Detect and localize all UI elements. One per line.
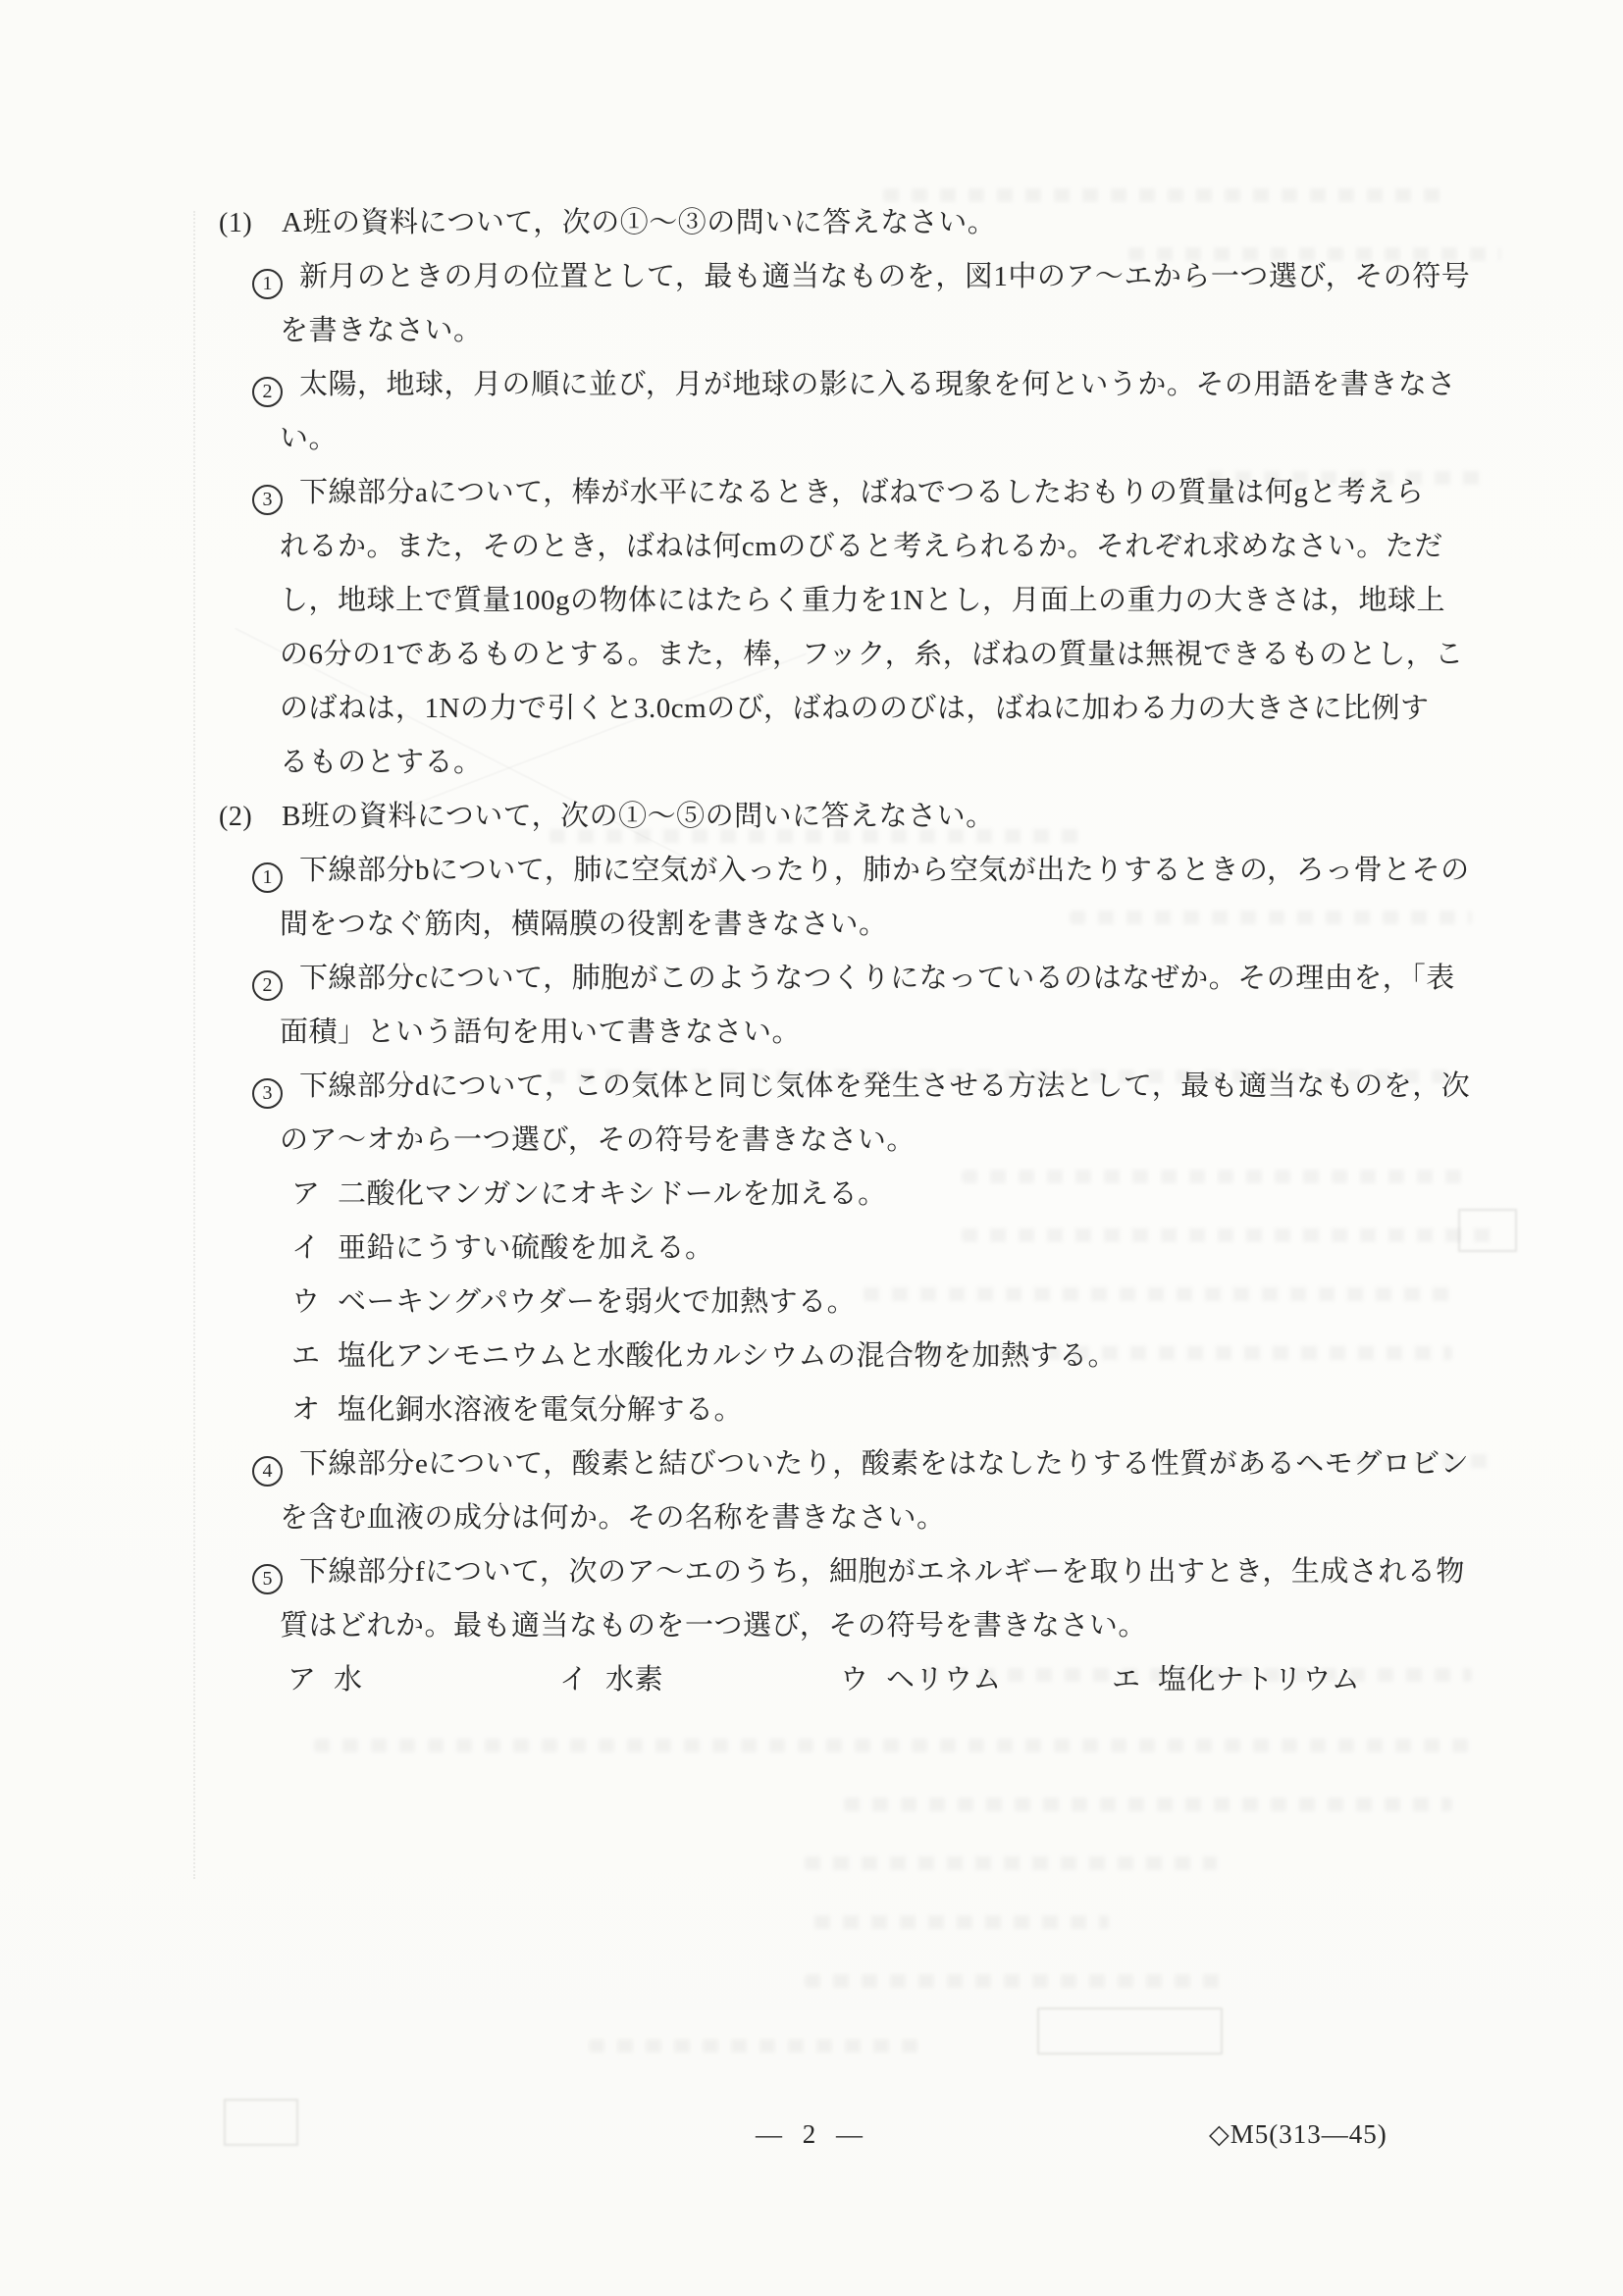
part-lead-text: A班の資料について，次の①～③の問いに答えなさい。 [282, 207, 996, 238]
page-number: — 2 — [756, 2108, 869, 2162]
question-text: 下線部分dについて，この気体と同じ気体を発生させる方法として，最も適当なものを，… [299, 1070, 1470, 1102]
option-text: 塩化銅水溶液を電気分解する。 [338, 1394, 743, 1426]
question-line: 5下線部分fについて，次のア～エのうち，細胞がエネルギーを取り出すとき，生成され… [0, 1545, 1623, 1599]
answer-choice: ウヘリウム [840, 1653, 1112, 1707]
question-line: 1下線部分bについて，肺に空気が入ったり，肺から空気が出たりするときの，ろっ骨と… [0, 844, 1623, 898]
bleedthrough-smudge [589, 2039, 922, 2053]
bleedthrough-smudge [805, 1856, 1217, 1870]
bleedthrough-smudge [805, 1974, 1227, 1988]
question-line: 3下線部分dについて，この気体と同じ気体を発生させる方法として，最も適当なものを… [0, 1060, 1623, 1114]
answer-choices-row: ア水 イ水素 ウヘリウム エ塩化ナトリウム [0, 1653, 1623, 1707]
question-number: 3 [252, 1078, 283, 1109]
question-number: 4 [252, 1456, 283, 1487]
part-1-heading: (1)A班の資料について，次の①～③の問いに答えなさい。 [0, 196, 1623, 250]
question-continuation: い。 [0, 412, 1623, 466]
question-continuation: 間をつなぐ筋肉，横隔膜の役割を書きなさい。 [0, 898, 1623, 952]
choice-text: 水素 [605, 1664, 663, 1696]
option-row: エ塩化アンモニウムと水酸化カルシウムの混合物を加熱する。 [0, 1330, 1623, 1383]
exam-page: (1)A班の資料について，次の①～③の問いに答えなさい。 1新月のときの月の位置… [0, 0, 1623, 2296]
option-label: エ [291, 1330, 321, 1383]
question-number: 2 [252, 970, 283, 1001]
question-continuation: のばねは，1Nの力で引くと3.0cmのび，ばねののびは，ばねに加わる力の大きさに… [0, 682, 1623, 736]
choice-label: エ [1112, 1653, 1141, 1707]
question-continuation: 質はどれか。最も適当なものを一つ選び，その符号を書きなさい。 [0, 1599, 1623, 1653]
bleedthrough-smudge [814, 1915, 1109, 1929]
question-continuation: れるか。また，そのとき，ばねは何cmのびると考えられるか。それぞれ求めなさい。た… [0, 520, 1623, 574]
bleedthrough-smudge [844, 1798, 1452, 1811]
question-text: 下線部分cについて，肺胞がこのようなつくりになっているのはなぜか。その理由を，「… [299, 963, 1455, 994]
option-label: オ [291, 1383, 321, 1437]
question-continuation: 面積」という語句を用いて書きなさい。 [0, 1006, 1623, 1060]
question-continuation: を含む血液の成分は何か。その名称を書きなさい。 [0, 1491, 1623, 1545]
question-continuation: を書きなさい。 [0, 304, 1623, 358]
question-continuation: るものとする。 [0, 736, 1623, 790]
option-label: ウ [291, 1276, 321, 1330]
question-text: 下線部分fについて，次のア～エのうち，細胞がエネルギーを取り出すとき，生成される… [299, 1556, 1465, 1588]
question-line: 2下線部分cについて，肺胞がこのようなつくりになっているのはなぜか。その理由を，… [0, 952, 1623, 1006]
part-marker: (1) [219, 196, 282, 250]
choice-text: ヘリウム [886, 1664, 1002, 1696]
exam-body: (1)A班の資料について，次の①～③の問いに答えなさい。 1新月のときの月の位置… [0, 196, 1623, 1707]
option-text: 亜鉛にうすい硫酸を加える。 [338, 1232, 714, 1264]
option-row: ア二酸化マンガンにオキシドールを加える。 [0, 1168, 1623, 1222]
question-continuation: のア～オから一つ選び，その符号を書きなさい。 [0, 1114, 1623, 1168]
option-label: イ [291, 1222, 321, 1276]
answer-choice: エ塩化ナトリウム [1112, 1653, 1360, 1707]
answer-choice: ア水 [288, 1653, 559, 1707]
question-number: 5 [252, 1564, 283, 1594]
bleedthrough-box [1037, 2008, 1223, 2055]
option-row: オ塩化銅水溶液を電気分解する。 [0, 1383, 1623, 1437]
question-text: 新月のときの月の位置として，最も適当なものを，図1中のア～エから一つ選び，その符… [299, 261, 1470, 292]
question-continuation: の6分の1であるものとする。また，棒，フック，糸，ばねの質量は無視できるものとし… [0, 628, 1623, 682]
question-text: 下線部分bについて，肺に空気が入ったり，肺から空気が出たりするときの，ろっ骨とそ… [299, 855, 1470, 886]
question-number: 2 [252, 377, 283, 407]
question-line: 2太陽，地球，月の順に並び，月が地球の影に入る現象を何というか。その用語を書きな… [0, 358, 1623, 412]
option-text: 二酸化マンガンにオキシドールを加える。 [338, 1178, 887, 1210]
choice-label: ウ [840, 1653, 869, 1707]
document-code: ◇M5(313—45) [1209, 2108, 1387, 2162]
question-number: 1 [252, 862, 283, 893]
question-line: 4下線部分eについて，酸素と結びついたり，酸素をはなしたりする性質があるヘモグロ… [0, 1437, 1623, 1491]
question-continuation: し，地球上で質量100gの物体にはたらく重力を1Nとし，月面上の重力の大きさは，… [0, 574, 1623, 628]
part-2-heading: (2)B班の資料について，次の①～⑤の問いに答えなさい。 [0, 790, 1623, 844]
option-row: ウベーキングパウダーを弱火で加熱する。 [0, 1276, 1623, 1330]
question-text: 太陽，地球，月の順に並び，月が地球の影に入る現象を何というか。その用語を書きなさ [299, 369, 1456, 400]
page-footer: — 2 — ◇M5(313—45) [0, 2108, 1623, 2162]
choice-text: 塩化ナトリウム [1158, 1664, 1360, 1696]
answer-choice: イ水素 [559, 1653, 840, 1707]
bleedthrough-smudge [314, 1739, 1472, 1752]
part-lead-text: B班の資料について，次の①～⑤の問いに答えなさい。 [282, 801, 995, 832]
choice-text: 水 [334, 1664, 363, 1696]
option-label: ア [291, 1168, 321, 1222]
choice-label: イ [559, 1653, 589, 1707]
question-line: 3下線部分aについて，棒が水平になるとき，ばねでつるしたおもりの質量は何gと考え… [0, 466, 1623, 520]
question-number: 1 [252, 269, 283, 299]
option-row: イ亜鉛にうすい硫酸を加える。 [0, 1222, 1623, 1276]
question-number: 3 [252, 485, 283, 515]
part-marker: (2) [219, 790, 282, 844]
question-text: 下線部分aについて，棒が水平になるとき，ばねでつるしたおもりの質量は何gと考えら [299, 477, 1424, 508]
question-text: 下線部分eについて，酸素と結びついたり，酸素をはなしたりする性質があるヘモグロビ… [299, 1448, 1469, 1480]
question-line: 1新月のときの月の位置として，最も適当なものを，図1中のア～エから一つ選び，その… [0, 250, 1623, 304]
option-text: 塩化アンモニウムと水酸化カルシウムの混合物を加熱する。 [338, 1340, 1117, 1372]
choice-label: ア [288, 1653, 317, 1707]
option-text: ベーキングパウダーを弱火で加熱する。 [338, 1286, 856, 1318]
